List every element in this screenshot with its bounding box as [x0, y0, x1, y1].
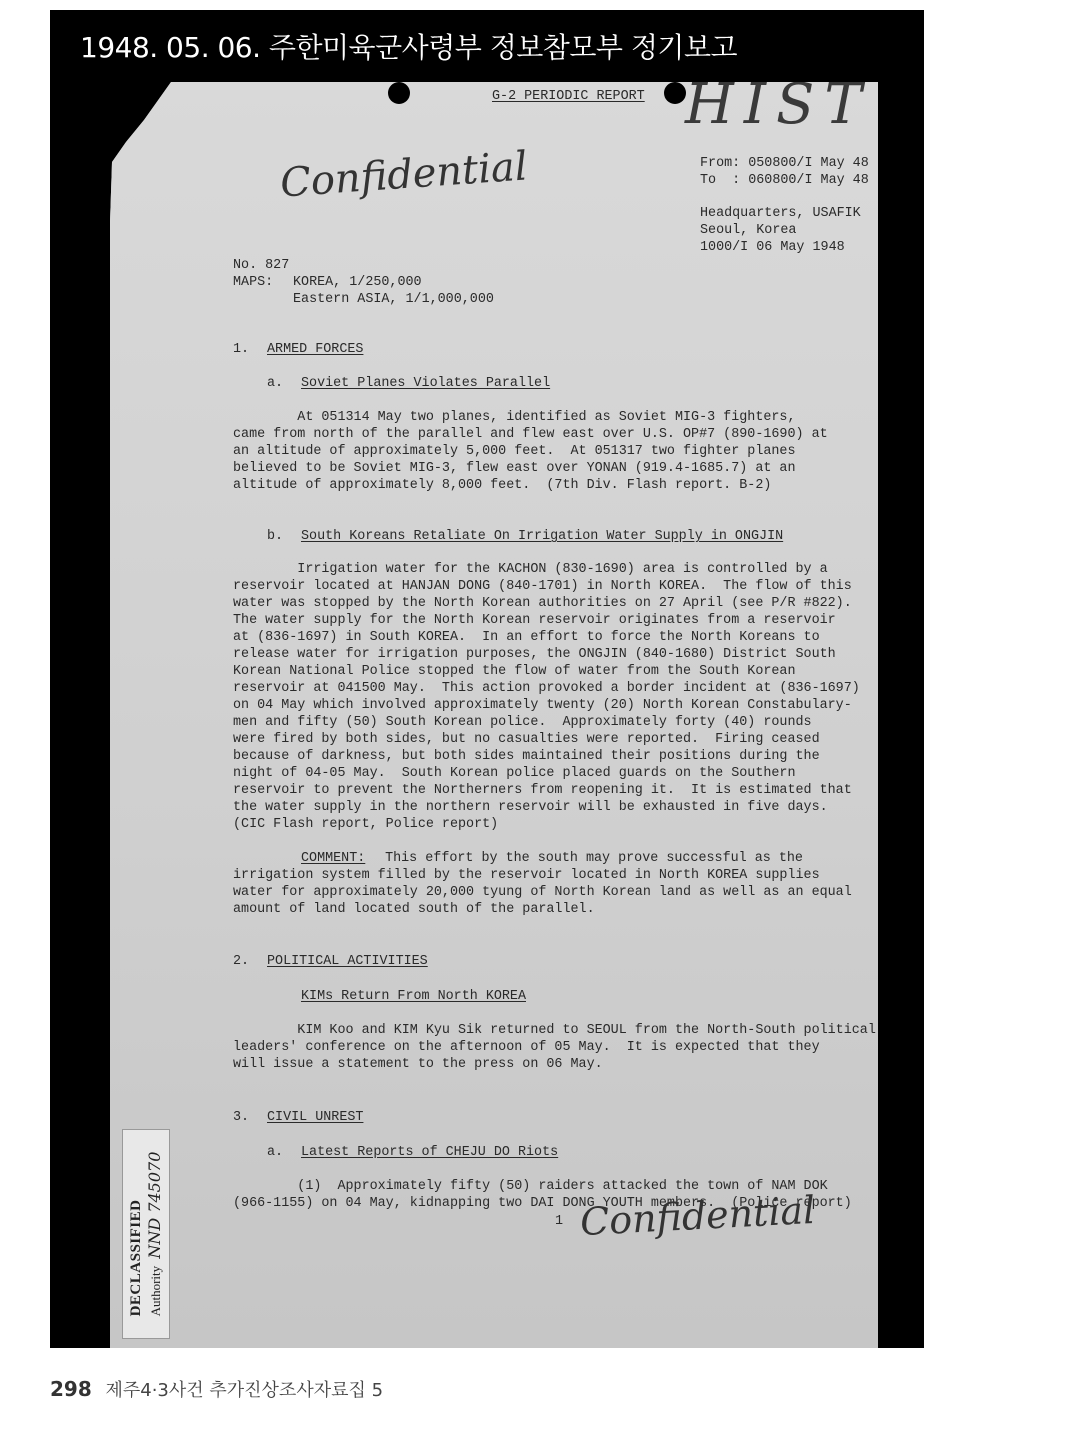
page-footer: 298 제주4·3사건 추가진상조사자료집 5: [50, 1376, 383, 1402]
text-line: reservoir at 041500 May. This action pro…: [233, 680, 860, 697]
subsection-title: Latest Reports of CHEJU DO Riots: [301, 1144, 558, 1161]
section-number: 1.: [233, 341, 249, 358]
comment-label: COMMENT:: [301, 850, 365, 867]
text-line: reservoir located at HANJAN DONG (840-17…: [233, 578, 860, 595]
section-number: 2.: [233, 953, 249, 970]
section-title-armed-forces: ARMED FORCES: [267, 341, 363, 358]
subsection-letter: a.: [267, 375, 283, 392]
text-line: an altitude of approximately 5,000 feet.…: [233, 443, 828, 460]
text-line: amount of land located south of the para…: [233, 901, 852, 918]
text-line: night of 04-05 May. South Korean police …: [233, 765, 860, 782]
text-line: water for approximately 20,000 tyung of …: [233, 884, 852, 901]
origin-datetime: 1000/I 06 May 1948: [700, 239, 845, 256]
page-header-bar: 1948. 05. 06. 주한미육군사령부 정보참모부 정기보고: [50, 10, 924, 82]
period-to: To : 060800/I May 48: [700, 172, 869, 189]
scanned-document-frame: G-2 PERIODIC REPORT HIST Confidential Fr…: [50, 82, 924, 1348]
stamp-authority-code: NND 745070: [145, 1152, 164, 1259]
text-line: men and fifty (50) South Korean police. …: [233, 714, 860, 731]
subsection-title: KIMs Return From North KOREA: [301, 988, 526, 1005]
punch-hole-icon: [664, 82, 686, 104]
handwritten-hist-mark: HIST: [685, 72, 872, 137]
text-line: were fired by both sides, but no casualt…: [233, 731, 860, 748]
text-line: water was stopped by the North Korean au…: [233, 595, 860, 612]
subsection-letter: a.: [267, 1144, 283, 1161]
text-line: Korean National Police stopped the flow …: [233, 663, 860, 680]
text-line: reservoir to prevent the Northerners fro…: [233, 782, 860, 799]
stamp-declassified: DECLASSIFIED: [128, 1152, 145, 1317]
report-number: No. 827: [233, 257, 289, 274]
text-line: at (836-1697) in South KOREA. In an effo…: [233, 629, 860, 646]
text-line: believed to be Soviet MIG-3, flew east o…: [233, 460, 828, 477]
text-line: This effort by the south may prove succe…: [369, 850, 803, 867]
text-line: leaders' conference on the afternoon of …: [233, 1039, 876, 1056]
section-title-political-activities: POLITICAL ACTIVITIES: [267, 953, 428, 970]
period-from: From: 050800/I May 48: [700, 155, 869, 172]
text-line: irrigation system filled by the reservoi…: [233, 867, 852, 884]
page-number: 1: [555, 1213, 563, 1230]
text-line: will issue a statement to the press on 0…: [233, 1056, 876, 1073]
declassified-stamp: DECLASSIFIED Authority NND 745070: [122, 1129, 170, 1339]
text-line: the water supply in the northern reservo…: [233, 799, 860, 816]
text-line: altitude of approximately 8,000 feet. (7…: [233, 477, 828, 494]
paragraph-irrigation: Irrigation water for the KACHON (830-169…: [233, 561, 860, 833]
text-line: came from north of the parallel and flew…: [233, 426, 828, 443]
maps-line-1: KOREA, 1/250,000: [293, 274, 422, 291]
document-paper: G-2 PERIODIC REPORT HIST Confidential Fr…: [110, 82, 878, 1348]
paragraph-kims-return: KIM Koo and KIM Kyu Sik returned to SEOU…: [233, 1022, 876, 1073]
text-line: KIM Koo and KIM Kyu Sik returned to SEOU…: [233, 1022, 876, 1039]
paragraph-comment: COMMENT: This effort by the south may pr…: [233, 850, 852, 918]
paragraph-soviet-planes: At 051314 May two planes, identified as …: [233, 409, 828, 494]
text-line: because of darkness, but both sides main…: [233, 748, 860, 765]
text-line: Irrigation water for the KACHON (830-169…: [233, 561, 860, 578]
footer-book-title: 제주4·3사건 추가진상조사자료집 5: [105, 1380, 383, 1401]
origin-hq: Headquarters, USAFIK: [700, 205, 861, 222]
section-title-civil-unrest: CIVIL UNREST: [267, 1109, 363, 1126]
origin-location: Seoul, Korea: [700, 222, 796, 239]
maps-line-2: Eastern ASIA, 1/1,000,000: [293, 291, 494, 308]
punch-hole-icon: [388, 82, 410, 104]
subsection-title: South Koreans Retaliate On Irrigation Wa…: [301, 528, 783, 545]
subsection-letter: b.: [267, 528, 283, 545]
text-line: (CIC Flash report, Police report): [233, 816, 860, 833]
footer-page-number: 298: [50, 1377, 92, 1401]
text-line: release water for irrigation purposes, t…: [233, 646, 860, 663]
page-title: 1948. 05. 06. 주한미육군사령부 정보참모부 정기보고: [80, 26, 737, 66]
subsection-title: Soviet Planes Violates Parallel: [301, 375, 550, 392]
text-line: on 04 May which involved approximately t…: [233, 697, 860, 714]
text-line: The water supply for the North Korean re…: [233, 612, 860, 629]
text-line: At 051314 May two planes, identified as …: [233, 409, 828, 426]
maps-label: MAPS:: [233, 274, 273, 291]
stamp-authority: Authority: [148, 1266, 163, 1317]
report-title: G-2 PERIODIC REPORT: [492, 88, 645, 105]
section-number: 3.: [233, 1109, 249, 1126]
